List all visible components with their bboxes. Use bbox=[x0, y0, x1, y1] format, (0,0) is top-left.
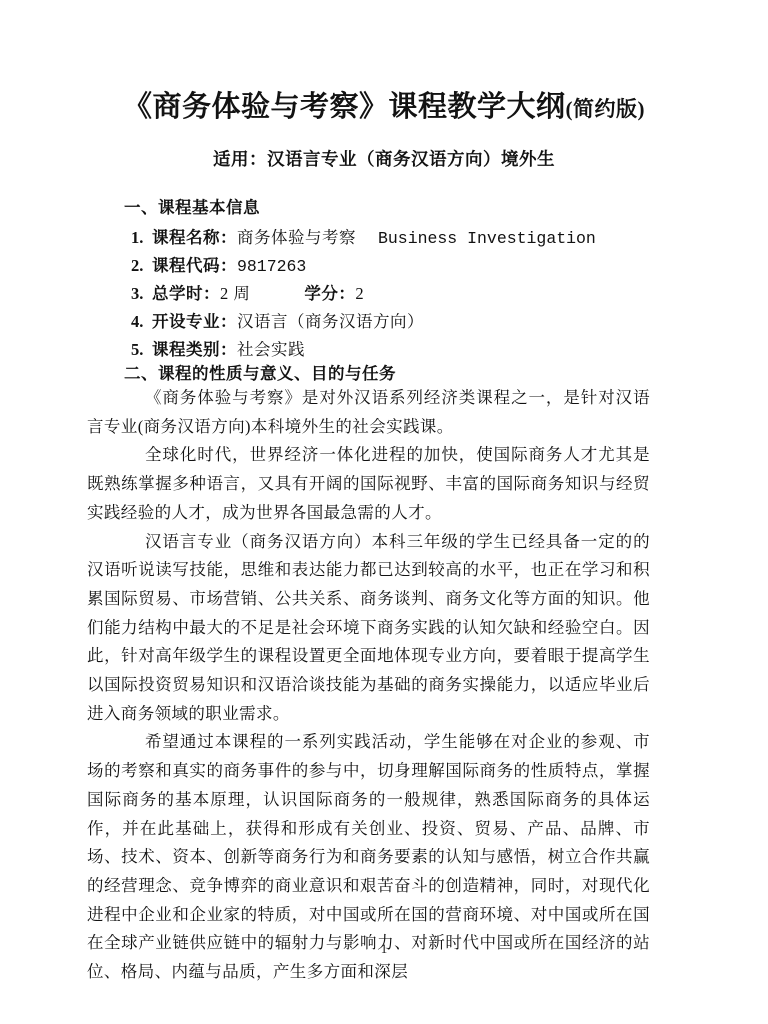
item-label: 总学时： bbox=[152, 285, 220, 303]
item-label-credits: 学分： bbox=[304, 285, 355, 303]
course-info-list: 1.课程名称：商务体验与考察Business Investigation 2.课… bbox=[87, 224, 650, 364]
section-2-heading: 二、课程的性质与意义、目的与任务 bbox=[87, 364, 650, 384]
document-header: 《商务体验与考察》课程教学大纲(简约版) 适用：汉语言专业（商务汉语方向）境外生 bbox=[30, 0, 738, 172]
list-item-major: 4.开设专业：汉语言（商务汉语方向） bbox=[87, 308, 650, 336]
page-title-main: 《商务体验与考察》课程教学大纲 bbox=[123, 91, 566, 123]
list-item-course-code: 2.课程代码：9817263 bbox=[87, 252, 650, 280]
paragraph: 《商务体验与考察》是对外汉语系列经济类课程之一，是针对汉语言专业(商务汉语方向)… bbox=[87, 384, 650, 441]
item-value-credits: 2 bbox=[355, 284, 364, 303]
item-value-english: Business Investigation bbox=[378, 229, 596, 248]
item-value: 2 周 bbox=[220, 284, 250, 303]
item-label: 课程类别： bbox=[152, 341, 237, 359]
section-1-heading: 一、课程基本信息 bbox=[87, 198, 650, 218]
paragraph: 汉语言专业（商务汉语方向）本科三年级的学生已经具备一定的的汉语听说读写技能，思维… bbox=[87, 528, 650, 729]
list-item-course-name: 1.课程名称：商务体验与考察Business Investigation bbox=[87, 224, 650, 252]
document-body: 一、课程基本信息 1.课程名称：商务体验与考察Business Investig… bbox=[87, 198, 650, 987]
item-value: 9817263 bbox=[237, 257, 306, 276]
page-subtitle: 适用：汉语言专业（商务汉语方向）境外生 bbox=[30, 146, 738, 172]
item-label: 课程名称： bbox=[152, 229, 237, 247]
page-number: 1 bbox=[0, 941, 768, 957]
item-value: 社会实践 bbox=[237, 340, 305, 359]
paragraph: 全球化时代，世界经济一体化进程的加快，使国际商务人才尤其是既熟练掌握多种语言，又… bbox=[87, 441, 650, 527]
page-title: 《商务体验与考察》课程教学大纲(简约版) bbox=[30, 86, 738, 130]
document-page: 《商务体验与考察》课程教学大纲(简约版) 适用：汉语言专业（商务汉语方向）境外生… bbox=[0, 0, 768, 1024]
item-label: 开设专业： bbox=[152, 313, 237, 331]
item-value: 商务体验与考察 bbox=[237, 228, 356, 247]
item-number: 5. bbox=[131, 336, 152, 363]
item-number: 3. bbox=[131, 280, 152, 307]
page-title-suffix: (简约版) bbox=[566, 97, 646, 121]
item-value: 汉语言（商务汉语方向） bbox=[237, 312, 424, 331]
item-label: 课程代码： bbox=[152, 257, 237, 275]
item-number: 2. bbox=[131, 252, 152, 279]
item-number: 4. bbox=[131, 308, 152, 335]
section-2-body: 《商务体验与考察》是对外汉语系列经济类课程之一，是针对汉语言专业(商务汉语方向)… bbox=[87, 384, 650, 987]
item-number: 1. bbox=[131, 224, 152, 251]
list-item-hours-credits: 3.总学时：2 周学分：2 bbox=[87, 280, 650, 308]
list-item-course-category: 5.课程类别：社会实践 bbox=[87, 336, 650, 364]
